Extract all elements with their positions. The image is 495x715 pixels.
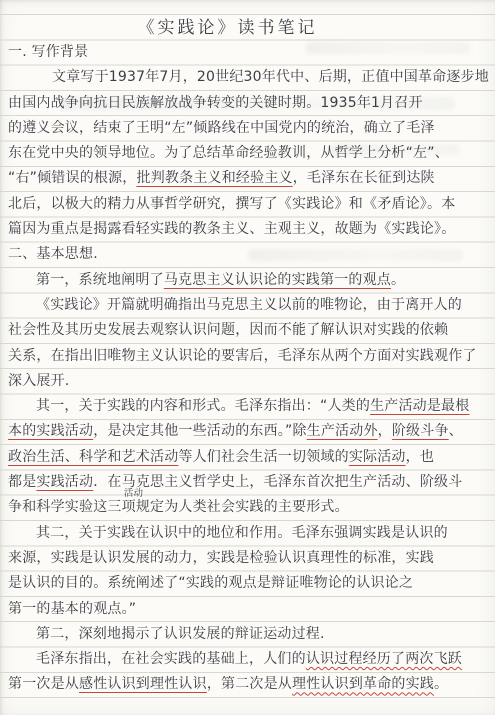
text-segment: ，第二次是从: [207, 676, 292, 692]
text-segment: ，毛泽东在长征到达陕: [293, 170, 435, 186]
text-segment: 是认识的目的。系统阐述了“实践的观点是辩证唯物论的认识论之: [8, 575, 413, 591]
red-underlined-text: 生产活动是最根: [370, 398, 469, 414]
red-underlined-text: 感性认识到理性认识: [79, 676, 207, 692]
note-line: 毛泽东指出，在社会实践的基础上，人们的认识过程经历了两次飞跃: [8, 647, 493, 672]
handwritten-notes-page: 《实践论》读书笔记 一. 写作背景文章写于1937年7月，20世纪30年代中、后…: [0, 0, 495, 715]
text-segment: ，也: [406, 449, 434, 465]
text-segment: ，是决定其他一些活动的东西。”除: [93, 423, 306, 439]
text-segment: ，: [378, 423, 392, 439]
page-title: 《实践论》读书笔记: [0, 13, 475, 38]
note-lines: 一. 写作背景文章写于1937年7月，20世纪30年代中、后期，正值中国革命逐步…: [8, 40, 493, 698]
note-line: 第二，深刻地揭示了认识发展的辩证运动过程.: [8, 622, 493, 647]
text-segment: 来源，实践是认识发展的动力，实践是检验认识真理性的标准，实践: [8, 550, 434, 566]
note-line: 其二，关于实践在认识中的地位和作用。毛泽东强调实践是认识的: [8, 521, 493, 546]
note-line: 本的实践活动，是决定其他一些活动的东西。”除生产活动外，阶级斗争、: [8, 419, 493, 444]
text-segment: 社会性及其历史发展去观察认识问题，因而不能了解认识对实践的依赖: [8, 322, 448, 338]
text-segment: 其二，关于实践在认识中的地位和作用。毛泽东强调实践是认识的: [36, 525, 448, 541]
text-segment: 篇因为重点是揭露看轻实践的教条主义、主观主义，故题为《实践论》。: [8, 221, 455, 237]
note-line: 关系，在指出旧唯物主义认识论的要害后，毛泽东从两个方面对实践观作了: [8, 344, 493, 369]
note-line: 第一次是从感性认识到理性认识，第二次是从理性认识到革命的实践。: [8, 672, 493, 697]
text-segment: 其一，关于实践的内容和形式。毛泽东指出：“人类的: [36, 398, 370, 414]
text-segment: 第一，系统地阐明了: [36, 272, 164, 288]
red-underlined-text: 生产活动外: [307, 423, 378, 439]
text-segment: 东在党中央的领导地位。为了总结革命经验教训，从哲学上分析“左”、: [8, 145, 449, 161]
red-underlined-text: 政治生活、科学和艺术活动: [8, 449, 178, 465]
text-segment: 规定为人类社会实践的主要形式。: [136, 499, 349, 515]
note-line: 二、基本思想.: [8, 242, 493, 267]
red-underlined-text: 理性认识到革命的实践: [292, 676, 434, 692]
note-line: 篇因为重点是揭露看轻实践的教条主义、主观主义，故题为《实践论》。: [8, 217, 493, 242]
red-underlined-text: 批判教条主义和经验主义: [137, 170, 293, 186]
text-segment: 由国内战争向抗日民族解放战争转变的关键时期。1935年1月召开: [8, 95, 423, 111]
note-line: 来源，实践是认识发展的动力，实践是检验认识真理性的标准，实践: [8, 546, 493, 571]
note-line: 《实践论》开篇就明确指出马克思主义以前的唯物论，由于离开人的: [8, 293, 493, 318]
text-segment: 文章写于1937年7月，20世纪30年代中、后期，正值中国革命逐步地: [52, 69, 489, 85]
note-line: 其一，关于实践的内容和形式。毛泽东指出：“人类的生产活动是最根: [8, 394, 493, 419]
note-line: 一. 写作背景: [8, 40, 493, 65]
text-segment: 第一次是从: [8, 676, 79, 692]
note-line: 第一，系统地阐明了马克思主义认识论的实践第一的观点。: [8, 268, 493, 293]
text-segment: 北后，以极大的精力从事哲学研究，撰写了《实践论》和《矛盾论》。本: [8, 196, 455, 212]
note-line: 是认识的目的。系统阐述了“实践的观点是辩证唯物论的认识论之: [8, 571, 493, 596]
text-segment: 。: [391, 272, 405, 288]
text-segment: 第一的基本的观点。”: [8, 601, 136, 617]
text-segment: 《实践论》开篇就明确指出马克思主义以前的唯物论，由于离开人的: [36, 297, 462, 313]
note-line: 社会性及其历史发展去观察认识问题，因而不能了解认识对实践的依赖: [8, 318, 493, 343]
note-line: 文章写于1937年7月，20世纪30年代中、后期，正值中国革命逐步地: [8, 65, 493, 90]
text-segment: 的遵义会议，结束了王明“左”倾路线在中国党内的统治，确立了毛泽: [8, 120, 435, 136]
red-underlined-text: 马克思主义认识论的实践第一的观点: [164, 272, 391, 288]
text-segment: 。: [434, 676, 448, 692]
note-line: 深入展开.: [8, 369, 493, 394]
text-segment: 二、基本思想.: [8, 246, 98, 262]
text-segment: 争和科学实验这三项: [8, 499, 136, 515]
note-line: 争和科学实验这三项活动规定为人类社会实践的主要形式。: [8, 495, 493, 520]
note-line: 第一的基本的观点。”: [8, 597, 493, 622]
red-underlined-text: 实践活动: [36, 474, 93, 490]
text-segment: 等人们社会生活一切领域的: [178, 449, 348, 465]
red-underlined-text: 阶级斗争: [392, 423, 449, 439]
note-line: 北后，以极大的精力从事哲学研究，撰写了《实践论》和《矛盾论》。本: [8, 192, 493, 217]
text-segment: 第二，深刻地揭示了认识发展的辩证运动过程.: [36, 626, 325, 642]
text-segment: 一. 写作背景: [8, 44, 88, 60]
red-underlined-text: 实际活动: [349, 449, 406, 465]
text-segment: 深入展开.: [8, 373, 69, 389]
note-line: 由国内战争向抗日民族解放战争转变的关键时期。1935年1月召开: [8, 91, 493, 116]
text-segment: “右”倾错误的根源，: [8, 170, 137, 186]
text-segment: 、: [449, 423, 463, 439]
text-segment: ．在马克思主义哲学史上，毛泽东首次把生产活动、阶级斗: [93, 474, 462, 490]
text-segment: 都是: [8, 474, 36, 490]
note-line: 政治生活、科学和艺术活动等人们社会生活一切领域的实际活动，也: [8, 445, 493, 470]
red-underlined-text: 本的实践活动: [8, 423, 93, 439]
red-underlined-text: 认识过程经历了两次飞跃: [306, 651, 462, 667]
text-segment: 关系，在指出旧唯物主义认识论的要害后，毛泽东从两个方面对实践观作了: [8, 348, 477, 364]
note-line: “右”倾错误的根源，批判教条主义和经验主义，毛泽东在长征到达陕: [8, 166, 493, 191]
note-line: 都是实践活动．在马克思主义哲学史上，毛泽东首次把生产活动、阶级斗: [8, 470, 493, 495]
text-segment: 毛泽东指出，在社会实践的基础上，人们的: [36, 651, 306, 667]
note-line: 的遵义会议，结束了王明“左”倾路线在中国党内的统治，确立了毛泽: [8, 116, 493, 141]
note-line: 东在党中央的领导地位。为了总结革命经验教训，从哲学上分析“左”、: [8, 141, 493, 166]
